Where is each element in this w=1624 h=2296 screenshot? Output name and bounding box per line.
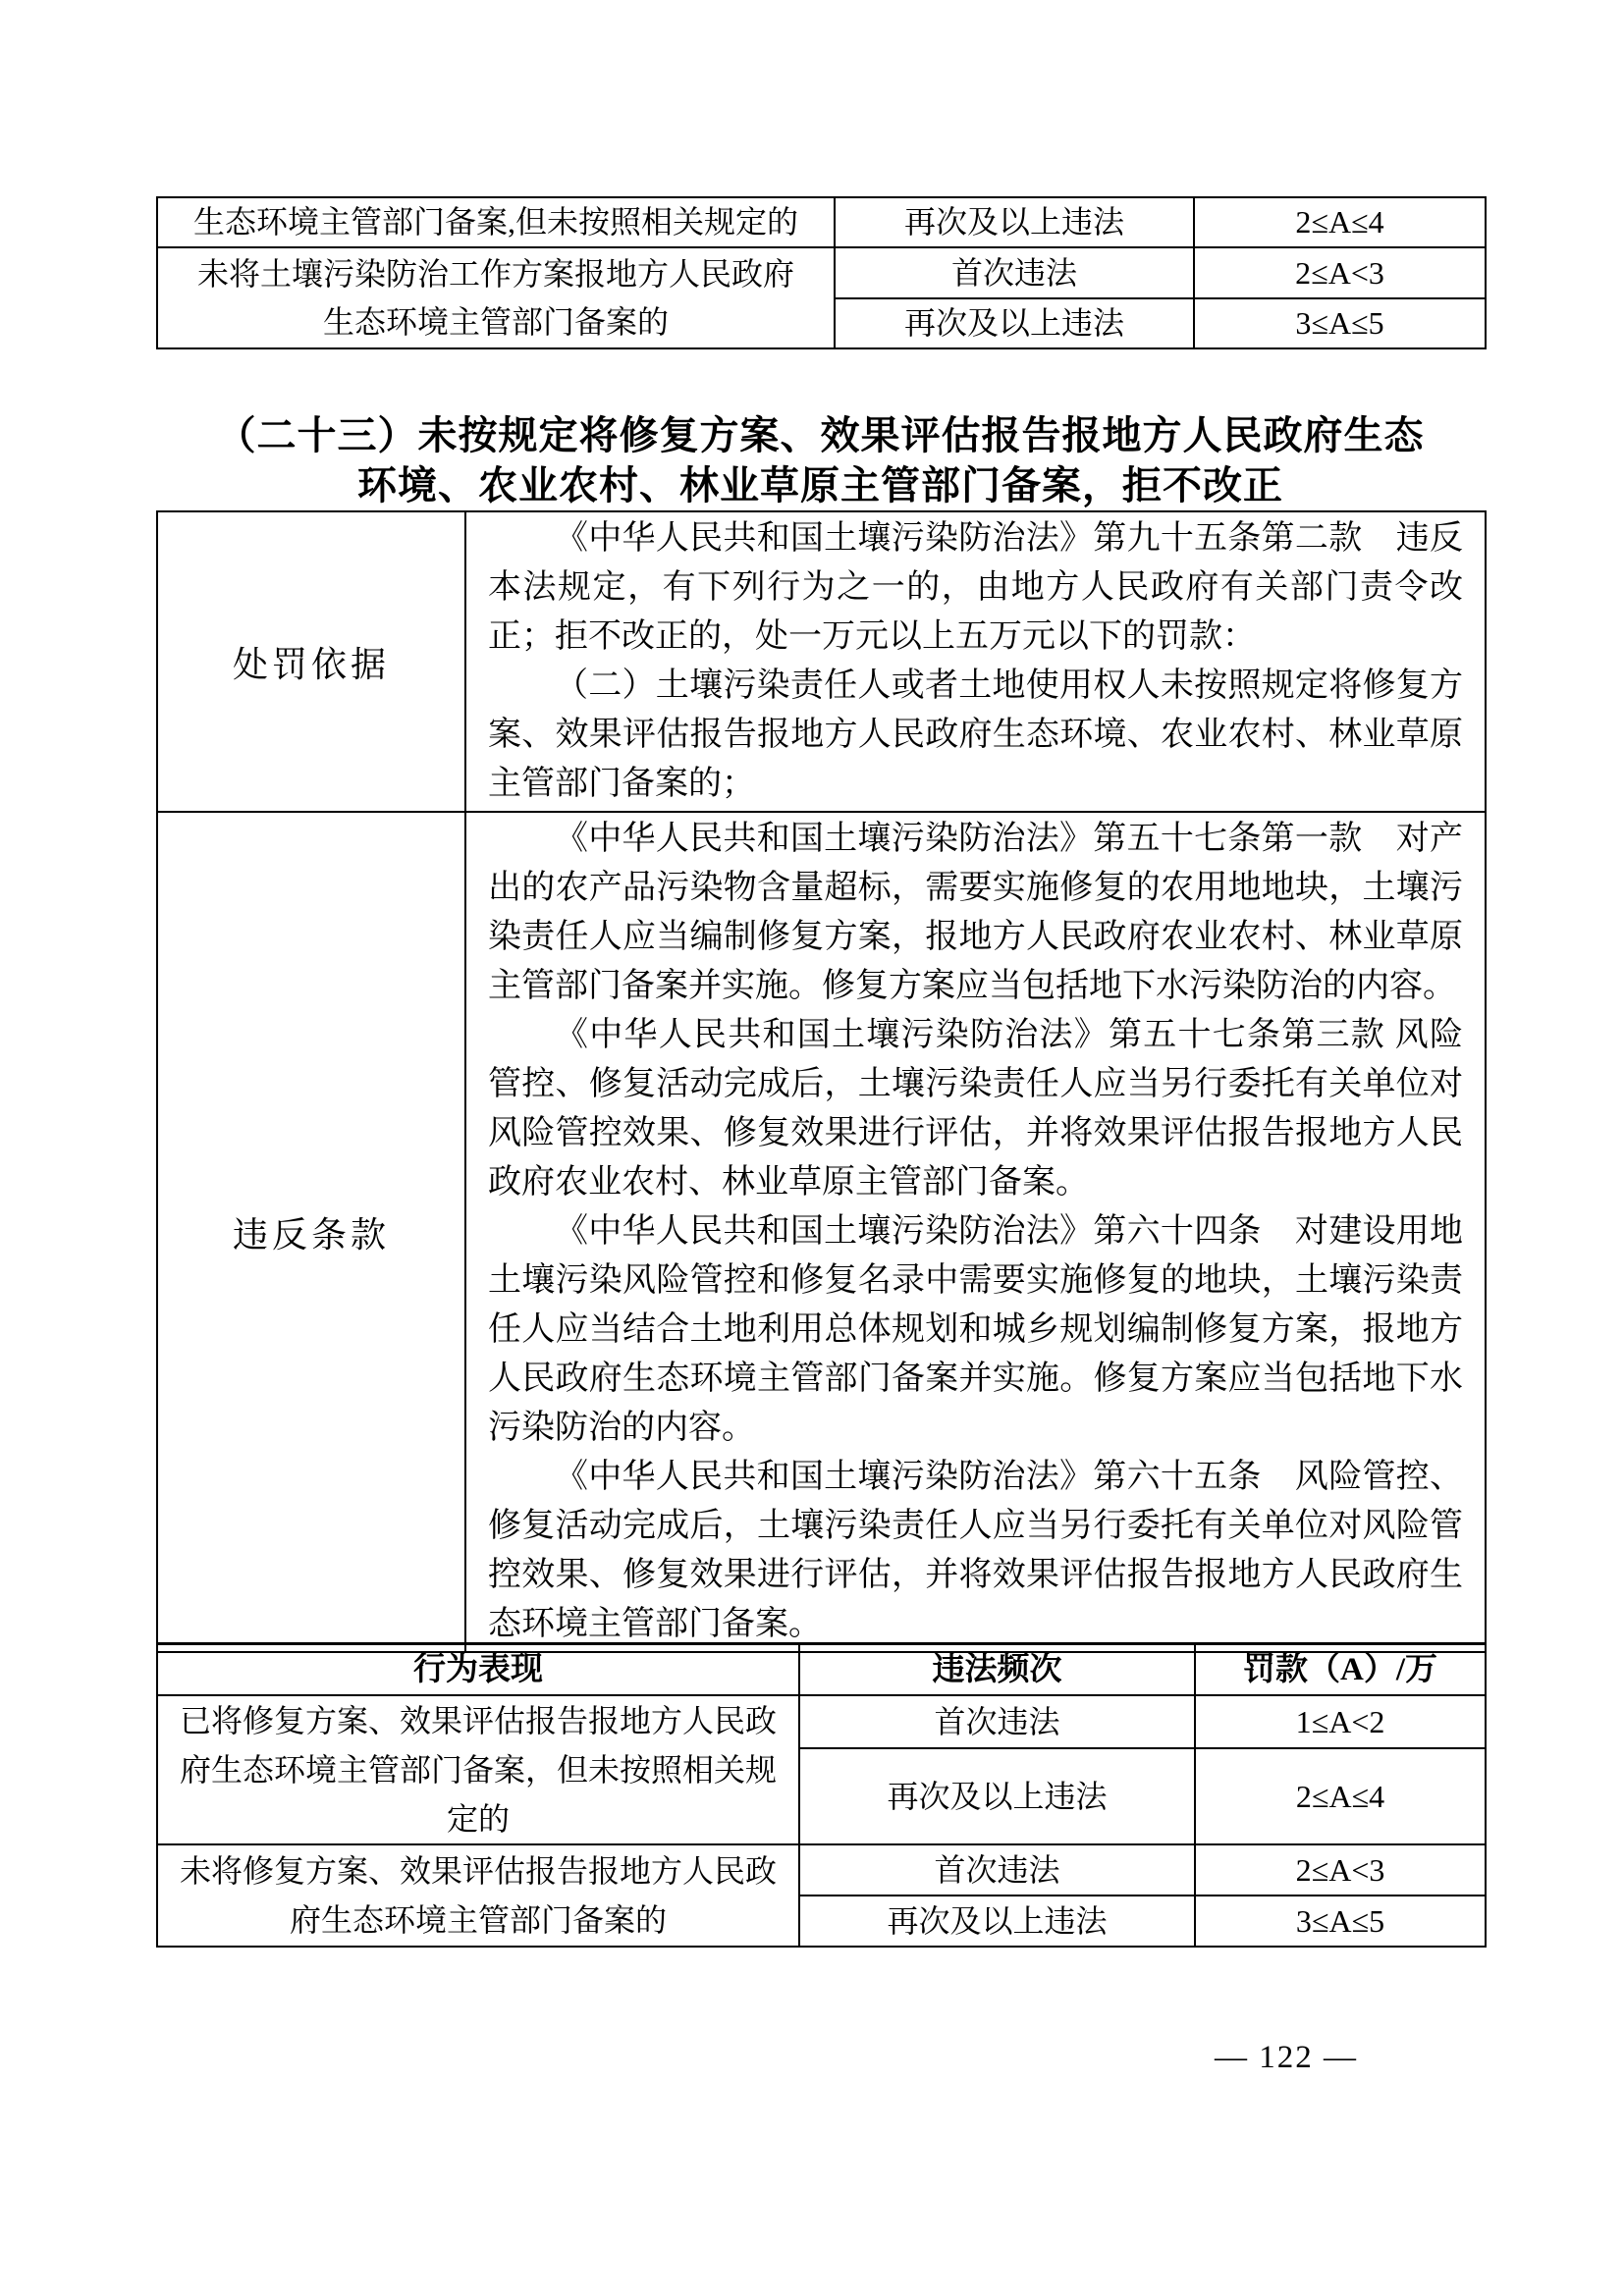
behavior-line: 未将土壤污染防治工作方案报地方人民政府 [166,250,826,298]
fine-cell: 2≤A<3 [1194,247,1486,298]
column-header-frequency: 违法频次 [799,1644,1195,1696]
frequency-cell: 首次违法 [799,1695,1195,1748]
behavior-line: 生态环境主管部门备案的 [166,298,826,347]
legal-paragraph: （二）土壤污染责任人或者土地使用权人未按照规定将修复方案、效果评估报告报地方人民… [488,662,1463,809]
document-page: 生态环境主管部门备案,但未按照相关规定的 再次及以上违法 2≤A≤4 未将土壤污… [0,0,1624,2296]
fine-cell: 2≤A<3 [1195,1844,1486,1896]
frequency-cell: 再次及以上违法 [835,298,1194,348]
frequency-cell: 再次及以上违法 [835,197,1194,247]
table-row: 未将土壤污染防治工作方案报地方人民政府 生态环境主管部门备案的 首次违法 2≤A… [157,247,1486,298]
frequency-cell: 再次及以上违法 [799,1748,1195,1844]
frequency-cell: 再次及以上违法 [799,1896,1195,1947]
violated-clauses-content: 《中华人民共和国土壤污染防治法》第五十七条第一款 对产出的农产品污染物含量超标，… [465,812,1486,1652]
violated-clauses-label: 违反条款 [157,812,465,1652]
table-row: 已将修复方案、效果评估报告报地方人民政府生态环境主管部门备案，但未按照相关规定的… [157,1695,1486,1748]
section-heading: （二十三）未按规定将修复方案、效果评估报告报地方人民政府生态 环境、农业农村、林… [156,410,1485,510]
legal-paragraph: 《中华人民共和国土壤污染防治法》第五十七条第三款 风险管控、修复活动完成后，土壤… [488,1011,1463,1207]
fine-cell: 1≤A<2 [1195,1695,1486,1748]
fine-cell: 2≤A≤4 [1195,1748,1486,1844]
table-row: 违反条款 《中华人民共和国土壤污染防治法》第五十七条第一款 对产出的农产品污染物… [157,812,1486,1652]
legal-paragraph: 《中华人民共和国土壤污染防治法》第五十七条第一款 对产出的农产品污染物含量超标，… [488,815,1463,1011]
fine-cell: 3≤A≤5 [1194,298,1486,348]
legal-paragraph: 《中华人民共和国土壤污染防治法》第六十四条 对建设用地土壤污染风险管控和修复名录… [488,1207,1463,1453]
section-heading-line1: （二十三）未按规定将修复方案、效果评估报告报地方人民政府生态 [156,410,1485,460]
fine-cell: 3≤A≤5 [1195,1896,1486,1947]
page-number: — 122 — [1168,2039,1404,2076]
behavior-cell: 生态环境主管部门备案,但未按照相关规定的 [157,197,835,247]
table-row: 生态环境主管部门备案,但未按照相关规定的 再次及以上违法 2≤A≤4 [157,197,1486,247]
table-header-row: 行为表现 违法频次 罚款（A）/万 [157,1644,1486,1696]
behavior-fine-table: 行为表现 违法频次 罚款（A）/万 已将修复方案、效果评估报告报地方人民政府生态… [156,1642,1487,1948]
frequency-cell: 首次违法 [835,247,1194,298]
fine-cell: 2≤A≤4 [1194,197,1486,247]
table-row: 处罚依据 《中华人民共和国土壤污染防治法》第九十五条第二款 违反本法规定，有下列… [157,511,1486,812]
column-header-behavior: 行为表现 [157,1644,799,1696]
column-header-fine: 罚款（A）/万 [1195,1644,1486,1696]
table-row: 未将修复方案、效果评估报告报地方人民政府生态环境主管部门备案的 首次违法 2≤A… [157,1844,1486,1896]
behavior-cell: 未将修复方案、效果评估报告报地方人民政府生态环境主管部门备案的 [157,1844,799,1947]
frequency-cell: 首次违法 [799,1844,1195,1896]
behavior-cell: 未将土壤污染防治工作方案报地方人民政府 生态环境主管部门备案的 [157,247,835,348]
penalty-basis-label: 处罚依据 [157,511,465,812]
section-heading-line2: 环境、农业农村、林业草原主管部门备案，拒不改正 [156,460,1485,510]
legal-paragraph: 《中华人民共和国土壤污染防治法》第六十五条 风险管控、修复活动完成后，土壤污染责… [488,1453,1463,1649]
penalty-basis-content: 《中华人民共和国土壤污染防治法》第九十五条第二款 违反本法规定，有下列行为之一的… [465,511,1486,812]
legal-paragraph: 《中华人民共和国土壤污染防治法》第九十五条第二款 违反本法规定，有下列行为之一的… [488,514,1463,662]
behavior-cell: 已将修复方案、效果评估报告报地方人民政府生态环境主管部门备案，但未按照相关规定的 [157,1695,799,1844]
top-continuation-table: 生态环境主管部门备案,但未按照相关规定的 再次及以上违法 2≤A≤4 未将土壤污… [156,196,1487,349]
penalty-basis-table: 处罚依据 《中华人民共和国土壤污染防治法》第九十五条第二款 违反本法规定，有下列… [156,510,1487,1653]
